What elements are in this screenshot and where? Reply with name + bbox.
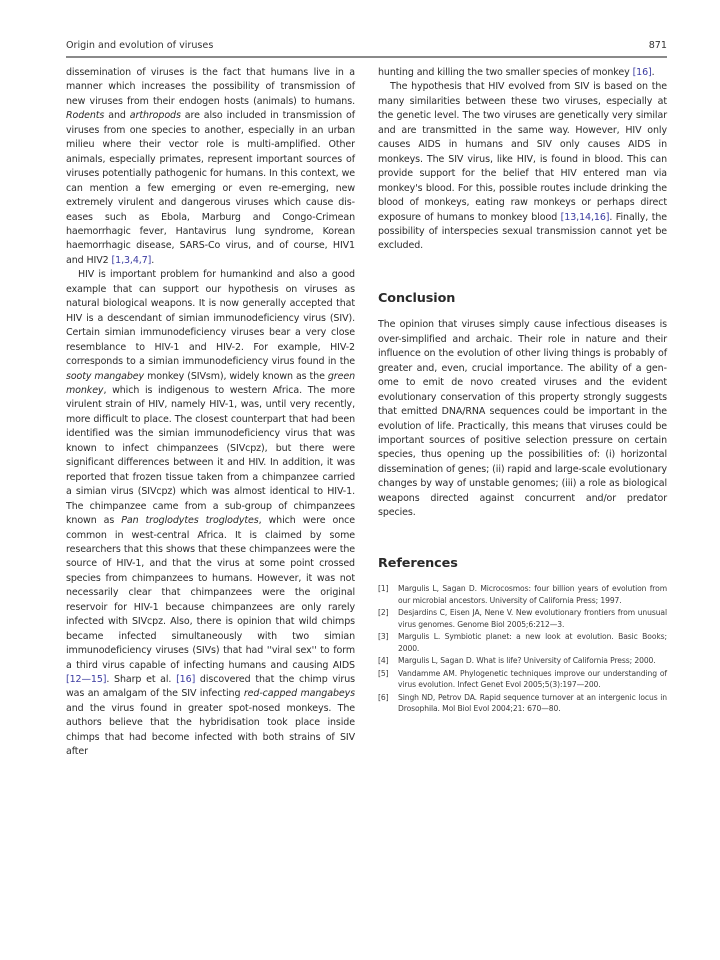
citation-link[interactable]: [16] [176,674,195,685]
text-run: hunting and killing the two smaller spec… [378,67,633,78]
reference-number: [4] [378,655,388,667]
reference-item: [2]Desjardins C, Eisen JA, Nene V. New e… [378,607,667,630]
text-run: . [151,255,154,266]
text-run: monkey (SIVsm), widely known as the [144,371,328,382]
citation-link[interactable]: [13,14,16] [561,212,610,223]
paragraph-hypothesis: The hypothesis that HIV evolved from SIV… [378,80,667,253]
running-title: Origin and evolution of viruses [66,40,213,51]
reference-number: [1] [378,583,388,595]
reference-item: [1]Margulis L, Sagan D. Microcosmos: fou… [378,583,667,606]
running-header: Origin and evolution of viruses 871 [66,38,667,58]
paragraph-hiv-origin: HIV is important problem for humankind a… [66,268,355,759]
italic-term: arthropods [130,110,181,121]
reference-number: [3] [378,631,388,643]
journal-page: Origin and evolution of viruses 871 diss… [0,0,720,960]
text-run: . [652,67,655,78]
reference-number: [6] [378,692,388,704]
reference-number: [5] [378,668,388,680]
paragraph-transmission: dissemination of viruses is the fact tha… [66,66,355,268]
text-run: dissemination of viruses is the fact tha… [66,67,355,107]
reference-item: [3]Margulis L. Symbiotic planet: a new l… [378,631,667,654]
page-number: 871 [649,40,667,51]
text-run: , which were once common in west-central… [66,515,355,671]
reference-text: Margulis L, Sagan D. What is life? Unive… [398,656,656,665]
conclusion-heading: Conclusion [378,292,667,306]
text-run: and the virus found in greater spot-nose… [66,703,355,757]
text-run: . Sharp et al. [106,674,176,685]
italic-term: Pan troglodytes troglodytes [121,515,258,526]
reference-text: Singh ND, Petrov DA. Rapid sequence turn… [398,693,667,714]
reference-text: Desjardins C, Eisen JA, Nene V. New evol… [398,608,667,629]
right-column: hunting and killing the two smaller spec… [378,66,667,716]
left-column: dissemination of viruses is the fact tha… [66,66,355,760]
italic-term: red-capped mangabeys [244,688,355,699]
italic-term: sooty mangabey [66,371,144,382]
citation-link[interactable]: [1,3,4,7] [112,255,152,266]
text-run: , which is indigenous to western Africa.… [66,385,355,526]
citation-link[interactable]: [12—15] [66,674,106,685]
reference-item: [5]Vandamme AM. Phylogenetic techniques … [378,668,667,691]
paragraph-hunting: hunting and killing the two smaller spec… [378,66,667,80]
reference-text: Margulis L. Symbiotic planet: a new look… [398,632,667,653]
reference-text: Vandamme AM. Phylogenetic techniques imp… [398,669,667,690]
references-heading: References [378,557,667,571]
reference-text: Margulis L, Sagan D. Microcosmos: four b… [398,584,667,605]
citation-link[interactable]: [16] [633,67,652,78]
paragraph-conclusion: The opinion that viruses simply cause in… [378,318,667,520]
text-run: The hypothesis that HIV evolved from SIV… [378,81,667,222]
reference-list: [1]Margulis L, Sagan D. Microcosmos: fou… [378,583,667,715]
reference-number: [2] [378,607,388,619]
text-run: HIV is important problem for humankind a… [66,269,355,367]
text-run: are also included in transmission of vir… [66,110,355,266]
italic-term: Rodents [66,110,104,121]
reference-item: [4]Margulis L, Sagan D. What is life? Un… [378,655,667,667]
text-run: and [104,110,130,121]
reference-item: [6]Singh ND, Petrov DA. Rapid sequence t… [378,692,667,715]
